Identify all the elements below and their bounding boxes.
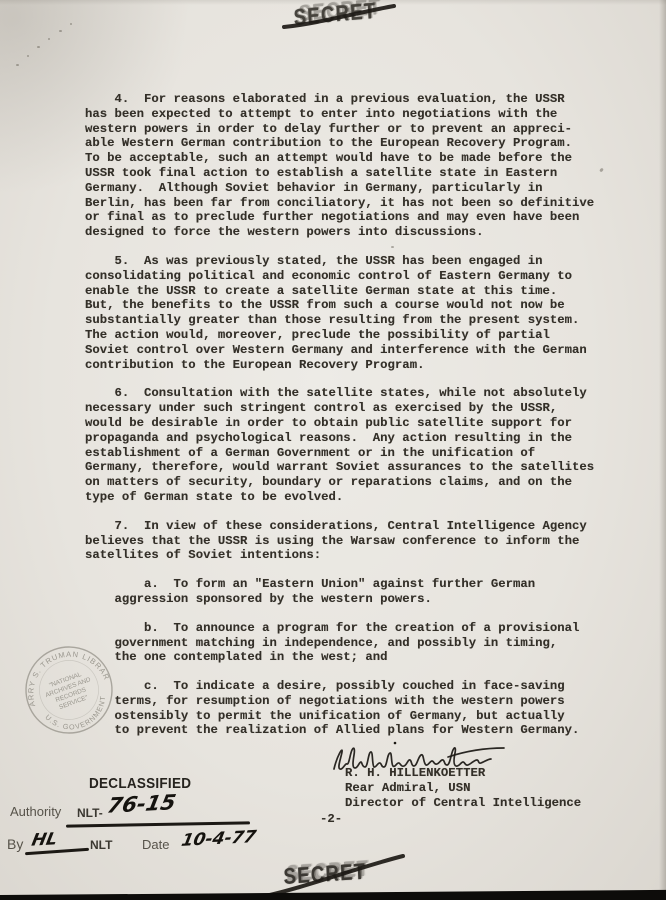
date-handwritten-value: 10-4-77: [180, 827, 258, 851]
secret-stamp-text: SECRET: [283, 860, 367, 891]
subitem-c: c. To indicate a desire, possibly couche…: [85, 679, 594, 738]
signature-typed-lines: R. H. HILLENKOETTER Rear Admiral, USN Di…: [345, 766, 581, 810]
scan-speck: [16, 64, 19, 66]
paragraph-6: 6. Consultation with the satellite state…: [85, 386, 594, 504]
secret-stamp-text: SECRET: [293, 0, 377, 32]
declassified-stamp: DECLASSIFIED Authority NLT- 76-15 By HL …: [0, 770, 280, 870]
scan-speck: [70, 23, 72, 25]
signatory-title: Director of Central Intelligence: [345, 796, 581, 811]
paragraph-4: 4. For reasons elaborated in a previous …: [85, 92, 594, 240]
scan-speck: [48, 38, 50, 40]
secret-stamp-top: SECRET SECRET: [293, 6, 383, 29]
authority-handwritten-value: 76-15: [105, 790, 178, 817]
document-page: SECRET SECRET 4. For reasons elaborated …: [0, 0, 666, 900]
secret-stamp-bottom: SECRET SECRET: [283, 865, 373, 888]
signatory-rank: Rear Admiral, USN: [345, 781, 581, 796]
paragraph-7: 7. In view of these considerations, Cent…: [85, 519, 594, 563]
scan-edge-shadow-right: [659, 0, 666, 900]
subitem-a: a. To form an "Eastern Union" against fu…: [85, 577, 594, 607]
document-body: 4. For reasons elaborated in a previous …: [85, 92, 594, 752]
authority-label: Authority: [10, 804, 61, 819]
subitem-b: b. To announce a program for the creatio…: [85, 621, 594, 665]
signatory-name: R. H. HILLENKOETTER: [345, 766, 581, 781]
authority-underline: [66, 821, 250, 827]
by-typed-suffix: NLT: [90, 838, 112, 852]
scan-edge-bar: [0, 887, 666, 900]
date-label: Date: [142, 837, 169, 852]
scan-speck: [37, 46, 40, 48]
scan-speck: [27, 55, 29, 57]
by-handwritten-initials: HL: [30, 829, 59, 850]
by-label: By: [7, 836, 23, 852]
scan-speck: [599, 168, 604, 173]
authority-typed-prefix: NLT-: [77, 806, 103, 820]
paragraph-5: 5. As was previously stated, the USSR ha…: [85, 254, 594, 372]
scan-speck: [59, 30, 62, 32]
page-number: -2-: [320, 812, 342, 827]
